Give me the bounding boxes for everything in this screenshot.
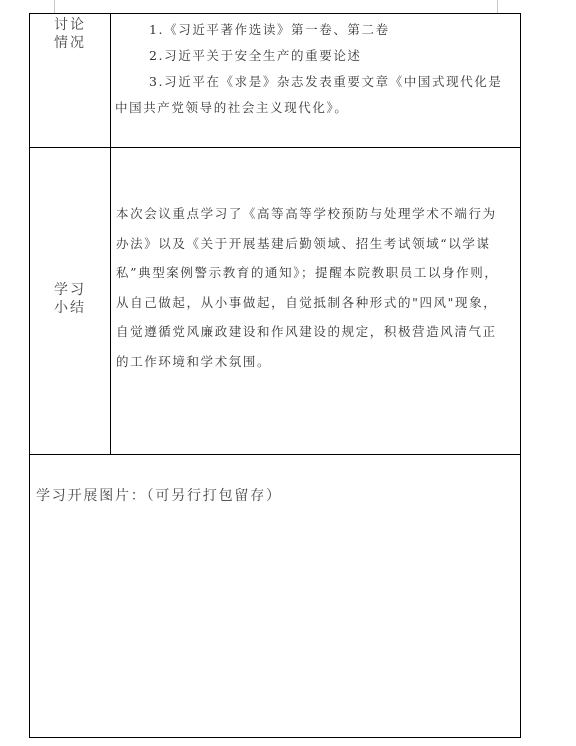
summary-label-cell: 学习 小结 [30, 148, 111, 454]
photos-row[interactable]: 学习开展图片：（可另行打包留存） [30, 454, 520, 737]
discussion-row: 讨论 情况 1.《习近平著作选读》第一卷、第二卷 2.习近平关于安全生产的重要论… [30, 14, 520, 147]
summary-label: 学习 小结 [54, 281, 94, 317]
summary-paragraph: 本次会议重点学习了《高等高等学校预防与处理学术不端行为 办法》以及《关于开展基建… [116, 199, 516, 376]
summary-content-cell[interactable]: 本次会议重点学习了《高等高等学校预防与处理学术不端行为 办法》以及《关于开展基建… [111, 148, 520, 454]
discussion-item: 2.习近平关于安全生产的重要论述 [115, 43, 516, 69]
page-margin-mark-left [54, 0, 55, 13]
photos-caption: 学习开展图片：（可另行打包留存） [36, 485, 282, 505]
summary-line: 办法》以及《关于开展基建后勤领域、招生考试领域“以学谋 [116, 229, 516, 259]
summary-line: 自觉遵循党风廉政建设和作风建设的规定，积极营造风清气正 [116, 317, 516, 347]
discussion-item: 1.《习近平著作选读》第一卷、第二卷 [115, 17, 516, 43]
discussion-item-continuation: 中国共产党领导的社会主义现代化》。 [115, 95, 516, 121]
summary-line: 从自己做起，从小事做起，自觉抵制各种形式的"四风"现象， [116, 288, 516, 318]
study-record-table: 讨论 情况 1.《习近平著作选读》第一卷、第二卷 2.习近平关于安全生产的重要论… [29, 13, 521, 738]
page-margin-mark-right [497, 0, 498, 13]
discussion-label-cell: 讨论 情况 [30, 14, 111, 147]
summary-line: 的工作环境和学术氛围。 [116, 347, 516, 377]
summary-line: 私”典型案例警示教育的通知》；提醒本院教职员工以身作则， [116, 258, 516, 288]
summary-line: 本次会议重点学习了《高等高等学校预防与处理学术不端行为 [116, 199, 516, 229]
discussion-label: 讨论 情况 [54, 16, 94, 52]
discussion-list: 1.《习近平著作选读》第一卷、第二卷 2.习近平关于安全生产的重要论述 3.习近… [115, 17, 516, 121]
summary-row: 学习 小结 本次会议重点学习了《高等高等学校预防与处理学术不端行为 办法》以及《… [30, 147, 520, 454]
discussion-item: 3.习近平在《求是》杂志发表重要文章《中国式现代化是 [115, 69, 516, 95]
discussion-content-cell[interactable]: 1.《习近平著作选读》第一卷、第二卷 2.习近平关于安全生产的重要论述 3.习近… [111, 14, 520, 147]
